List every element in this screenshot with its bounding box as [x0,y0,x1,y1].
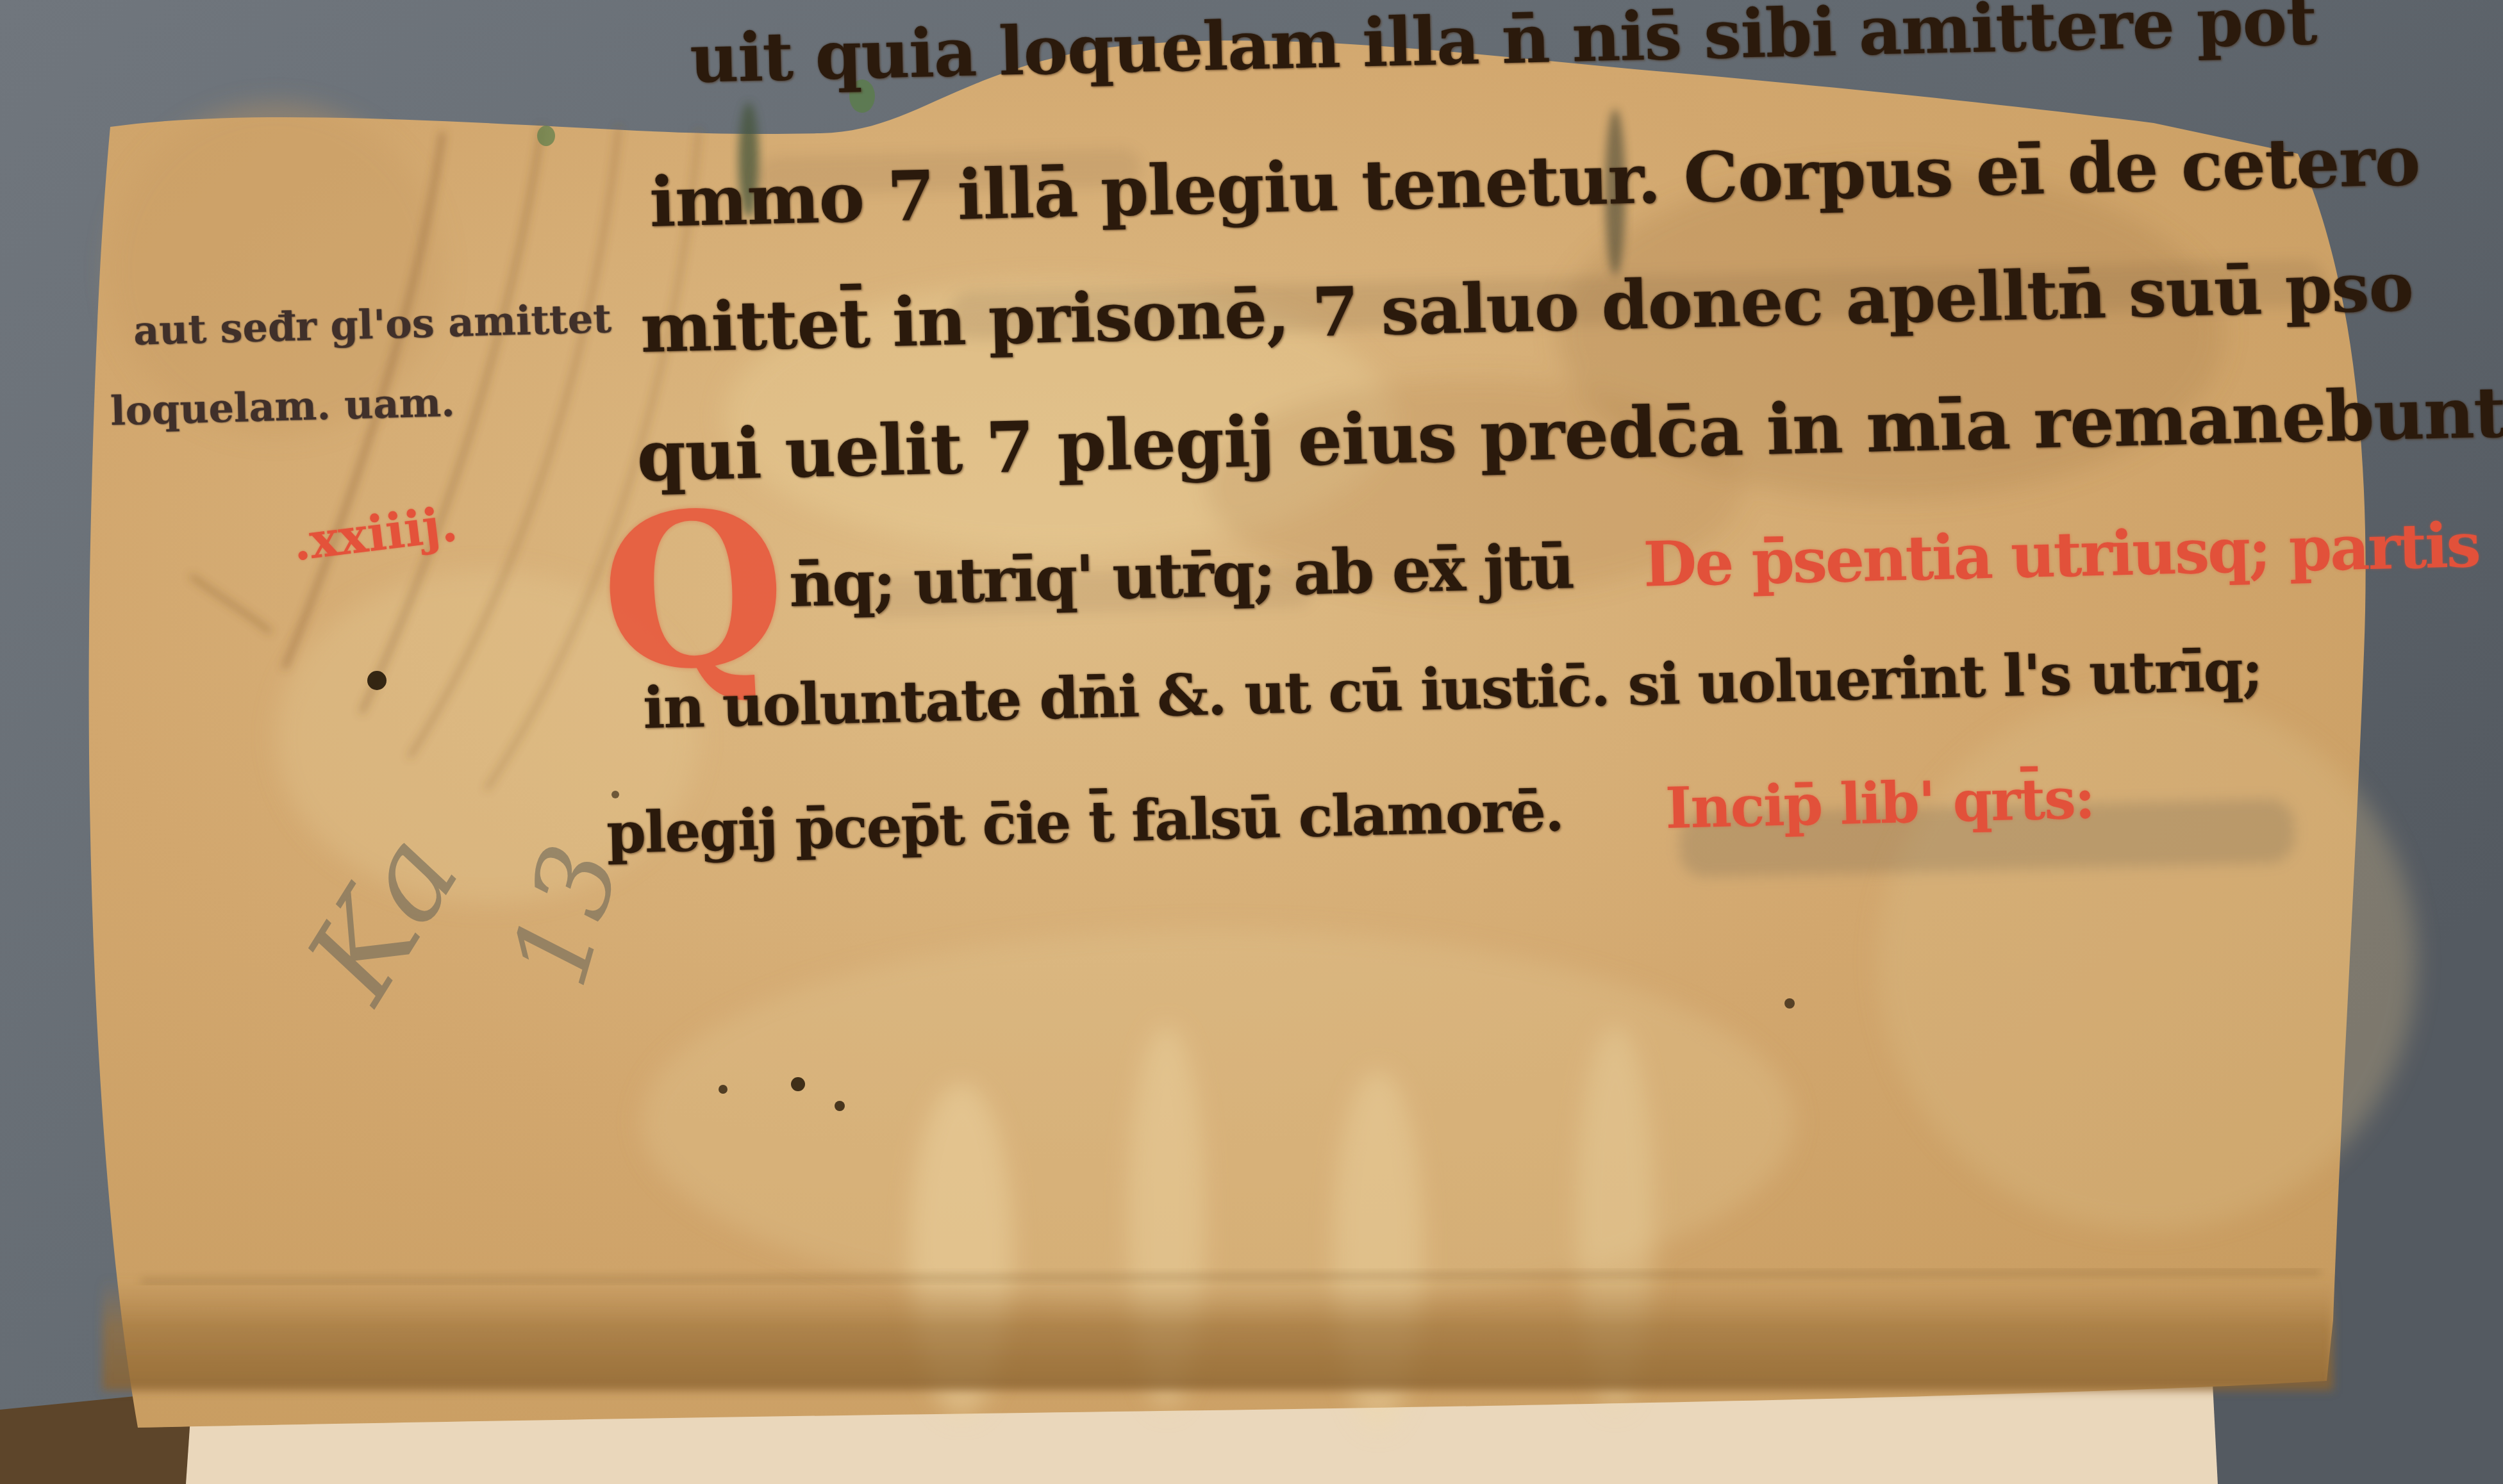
marginal-gloss-line-1: aut seđr gl'os amittet [133,295,612,354]
rubric-text: De p̄sentia utriusq; partis [1643,509,2480,601]
line-text: qui uelit 7 plegij eius predc̄a in mīa r… [636,371,2503,497]
line-text: plegij p̄cep̄t c̄ie t̄ falsū clamorē. [606,777,1564,866]
pencil-mark: Ka [279,810,486,1024]
text-line-3: mittet̄ in prisonē, 7 saluo donec apellt… [640,247,2414,368]
text-line-6: in uoluntate dn̄i &. ut cū iustic̄. si u… [642,636,2263,741]
manuscript-photo: Q uit quia loquelam illa n̄ nis̄ sibi am… [0,0,2503,1484]
text-line-2: immo 7 illā plegiu tenetur. Corpus eī de… [649,121,2420,243]
text-line-4: qui uelit 7 plegij eius predc̄a in mīa r… [636,371,2503,497]
line-text: mittet̄ in prisonē, 7 saluo donec apellt… [640,247,2414,368]
chapter-number: .xxiiij. [290,495,461,572]
text-layer: Q uit quia loquelam illa n̄ nis̄ sibi am… [0,0,2503,1484]
line-text: n̄q; utrīq' utr̄q; ab ex̄ jtū [788,530,1574,621]
text-line-1: uit quia loquelam illa n̄ nis̄ sibi amit… [689,0,2317,98]
text-line-5: n̄q; utrīq' utr̄q; ab ex̄ jtūDe p̄sentia… [788,509,2480,621]
rubric-text: Incip̄ lib' qrt̄s: [1665,764,2095,841]
line-text: uit quia loquelam illa n̄ nis̄ sibi amit… [689,0,2317,98]
rubricated-initial: Q [596,490,790,692]
line-text: in uoluntate dn̄i &. ut cū iustic̄. si u… [642,636,2263,741]
text-line-7: plegij p̄cep̄t c̄ie t̄ falsū clamorē.Inc… [606,764,2095,866]
line-text: immo 7 illā plegiu tenetur. Corpus eī de… [649,121,2420,243]
marginal-gloss-line-2: loquelam. uam. [110,379,455,434]
